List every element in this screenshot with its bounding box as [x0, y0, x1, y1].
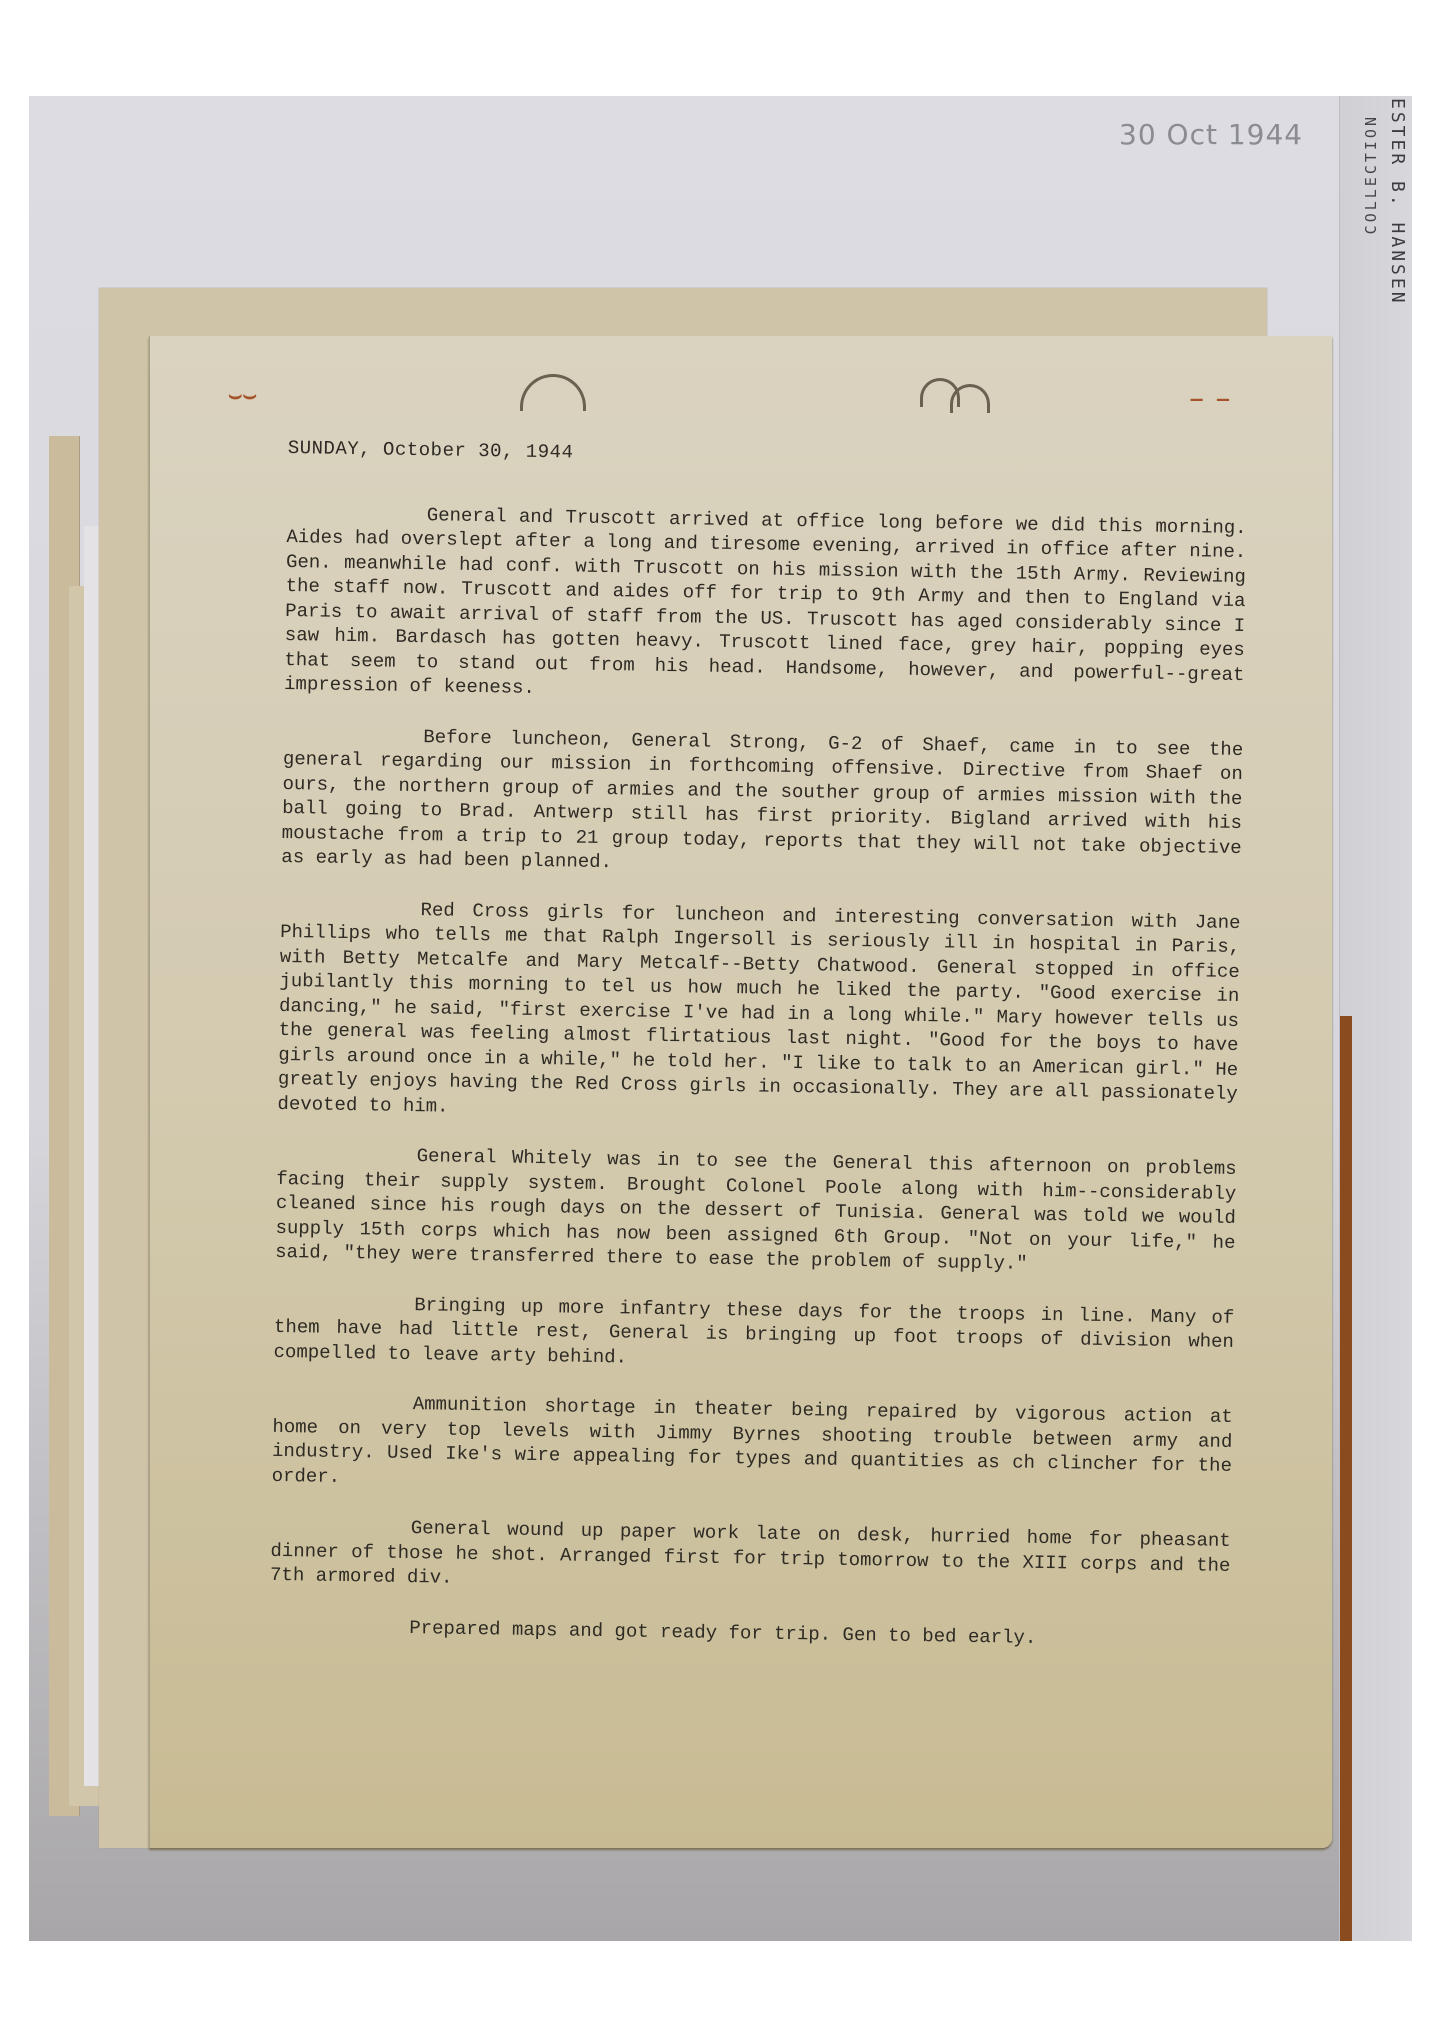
- diary-paragraph: Prepared maps and got ready for trip. Ge…: [269, 1613, 1229, 1653]
- diary-text: SUNDAY, October 30, 1944 General and Tru…: [269, 436, 1248, 1679]
- diary-paragraph: Ammunition shortage in theater being rep…: [271, 1390, 1232, 1503]
- diary-paragraph: General and Truscott arrived at office l…: [284, 500, 1247, 711]
- staple-mark-icon: [950, 384, 990, 413]
- collection-stamp: ESTER B. HANSEN: [1387, 98, 1408, 306]
- rust-stain-icon: ‒ ‒: [1190, 388, 1230, 413]
- diary-page: ⌣⌣ ‒ ‒ SUNDAY, October 30, 1944 General …: [149, 336, 1332, 1848]
- collection-stamp-sub: COLLECTION: [1362, 114, 1380, 234]
- diary-paragraph: Before luncheon, General Strong, G-2 of …: [281, 722, 1243, 884]
- folder-edge: [1340, 1016, 1352, 1941]
- diary-paragraph: General Whitely was in to see the Genera…: [275, 1142, 1237, 1280]
- diary-paragraph: General wound up paper work late on desk…: [270, 1514, 1231, 1603]
- diary-dateline: SUNDAY, October 30, 1944: [288, 436, 1248, 476]
- handwritten-date: 30 Oct 1944: [1119, 118, 1303, 151]
- staple-mark-icon: [520, 374, 586, 411]
- rust-stain-icon: ⌣⌣: [228, 384, 257, 409]
- diary-paragraph: Red Cross girls for luncheon and interes…: [277, 895, 1240, 1131]
- diary-paragraph: Bringing up more infantry these days for…: [273, 1290, 1234, 1379]
- archive-photo: ESTER B. HANSEN COLLECTION 30 Oct 1944 O…: [29, 96, 1412, 1941]
